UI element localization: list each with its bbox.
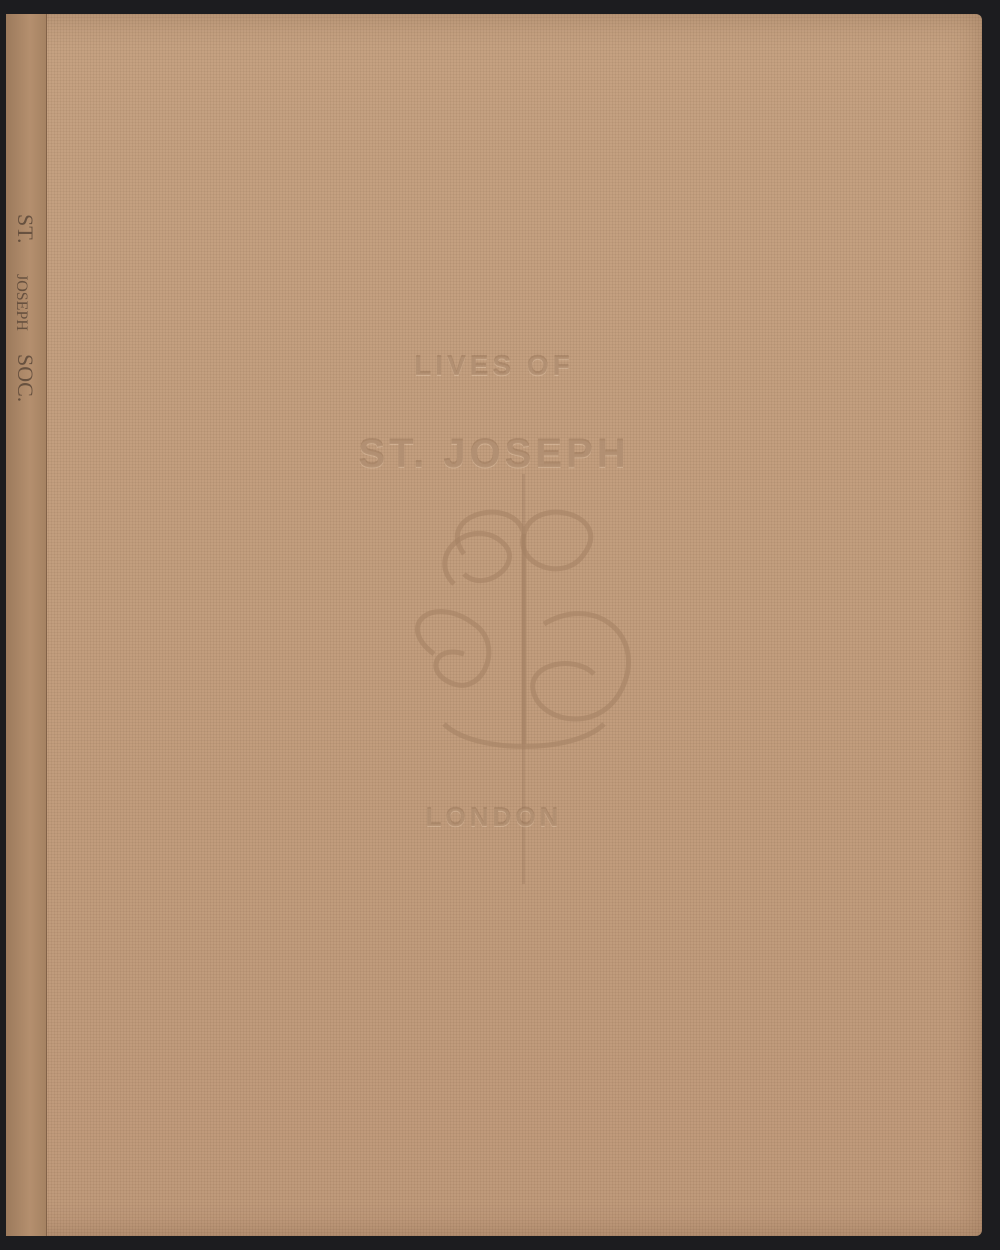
book-cover: ST. JOSEPH SOC. LIVES OF ST. JOSEPH LOND… [6, 14, 982, 1236]
cover-title-line1: LIVES OF [6, 350, 982, 382]
book-spine: ST. JOSEPH SOC. [6, 14, 47, 1236]
monogram-ornament-icon [394, 494, 654, 774]
cover-bottom-text: LONDON [6, 802, 982, 833]
cover-title-line2: ST. JOSEPH [6, 432, 982, 477]
spine-label: JOSEPH [12, 274, 30, 331]
spine-label: ST. [12, 214, 38, 244]
